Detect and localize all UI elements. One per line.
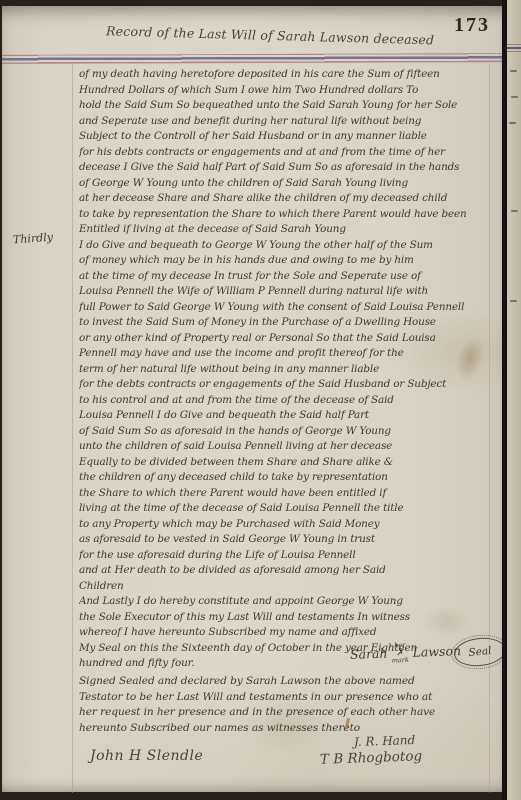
- will-line: to any Property which may be Purchased w…: [79, 517, 503, 533]
- will-line: the children of any deceased child to ta…: [79, 470, 503, 486]
- will-line: the Sole Executor of this my Last Will a…: [79, 610, 503, 626]
- will-line: of George W Young unto the children of S…: [79, 176, 503, 192]
- will-line: to invest the Said Sum of Money in the P…: [79, 315, 503, 331]
- will-line: at the time of my decease In trust for t…: [79, 269, 503, 285]
- will-line: to his control and at and from the time …: [79, 393, 503, 409]
- will-line: Equally to be divided between them Share…: [79, 455, 503, 471]
- adjacent-page-text-fragment: [509, 122, 516, 124]
- will-line: term of her natural life without being i…: [79, 362, 503, 378]
- will-line: Louisa Pennell the Wife of William P Pen…: [79, 284, 503, 300]
- will-line: Entitled if living at the decease of Sai…: [79, 222, 503, 238]
- will-line: for the use aforesaid during the Life of…: [79, 548, 503, 564]
- attestation-line: Testator to be her Last Will and testame…: [79, 690, 503, 706]
- margin-note-thirdly: Thirdly: [13, 231, 54, 247]
- will-line: Children: [79, 579, 503, 595]
- will-line: at her decease Share and Share alike the…: [79, 191, 503, 207]
- will-line: decease I Give the Said half Part of Sai…: [79, 160, 503, 176]
- will-line: I do Give and bequeath to George W Young…: [79, 238, 503, 254]
- will-line: of Said Sum So as aforesaid in the hands…: [79, 424, 503, 440]
- will-line: Subject to the Controll of her Said Husb…: [79, 129, 503, 145]
- left-margin-rule: [72, 63, 73, 793]
- seal-label: Seal: [468, 645, 492, 659]
- will-line: living at the time of the decease of Sai…: [79, 501, 503, 517]
- will-line: the Share to which there Parent would ha…: [79, 486, 503, 502]
- adjacent-page-text-fragment: [511, 210, 518, 212]
- will-line: Louisa Pennell I do Give and bequeath th…: [79, 408, 503, 424]
- will-body-text: of my death having heretofore deposited …: [79, 67, 503, 672]
- adjacent-page-ruled-band: [507, 44, 521, 52]
- will-line: for his debts contracts or engagements a…: [79, 145, 503, 161]
- header-ruled-band: [2, 53, 504, 64]
- adjacent-page-sliver: [507, 0, 521, 800]
- will-line: and at Her death to be divided as afores…: [79, 563, 503, 579]
- witness-signature-slendle: John H Slendle: [90, 748, 203, 764]
- attestation-clause: Signed Sealed and declared by Sarah Laws…: [79, 674, 503, 736]
- will-line: of money which may be in his hands due a…: [79, 253, 503, 269]
- will-line: whereof I have hereunto Subscribed my na…: [79, 625, 503, 641]
- will-line: as aforesaid to be vested in Said George…: [79, 532, 503, 548]
- will-line: and Seperate use and benefit during her …: [79, 114, 503, 130]
- adjacent-page-text-fragment: [511, 96, 518, 98]
- mark-mark-label: mark: [392, 656, 409, 663]
- ledger-page: 173 Record of the Last Will of Sarah Law…: [2, 6, 504, 792]
- record-title: Record of the Last Will of Sarah Lawson …: [106, 23, 446, 47]
- adjacent-page-text-fragment: [510, 70, 517, 72]
- attestation-line: her request in her presence and in the p…: [79, 705, 503, 721]
- attestation-line: Signed Sealed and declared by Sarah Laws…: [79, 674, 503, 690]
- witness-signature-hand: J. R. Hand: [354, 733, 416, 749]
- will-line: And Lastly I do hereby constitute and ap…: [79, 594, 503, 610]
- will-line: unto the children of said Louisa Pennell…: [79, 439, 503, 455]
- will-line: Pennell may have and use the income and …: [79, 346, 503, 362]
- adjacent-page-text-fragment: [510, 300, 517, 302]
- attestation-line: hereunto Subscribed our names as witness…: [79, 721, 503, 737]
- will-line: for the debts contracts or engagements o…: [79, 377, 503, 393]
- signature-first-name: Sarah: [350, 646, 388, 662]
- will-line: hold the Said Sum So bequeathed unto the…: [79, 98, 503, 114]
- witness-signature-rhogbotog: T B Rhogbotog: [320, 748, 423, 768]
- testator-signature: Sarah her ✗ mark Lawson: [350, 640, 462, 665]
- will-line: to take by representation the Share to w…: [79, 207, 503, 223]
- will-line: or any other kind of Property real or Pe…: [79, 331, 503, 347]
- will-line: of my death having heretofore deposited …: [79, 67, 503, 83]
- page-number: 173: [454, 14, 490, 37]
- ledger-photo: 173 Record of the Last Will of Sarah Law…: [0, 0, 521, 800]
- her-mark: her ✗ mark: [391, 642, 409, 664]
- will-line: full Power to Said George W Young with t…: [79, 300, 503, 316]
- will-line: Hundred Dollars of which Sum I owe him T…: [79, 83, 503, 99]
